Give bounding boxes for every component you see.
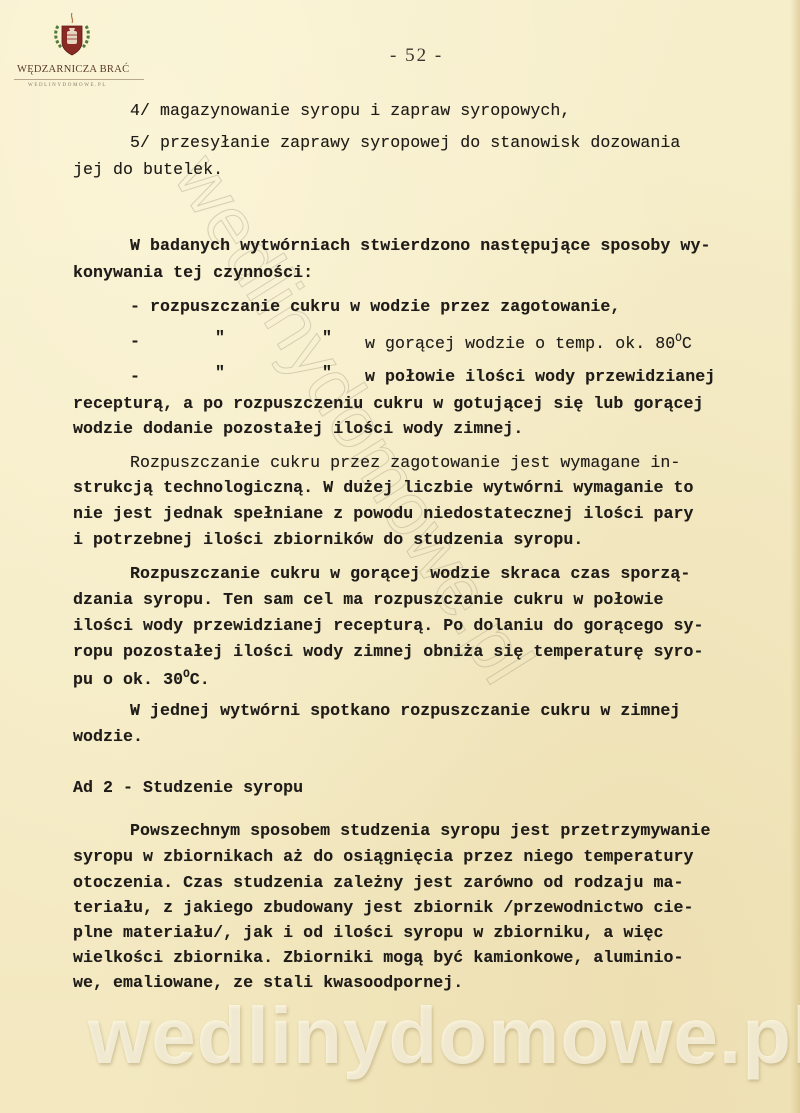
paragraph-hot-water-line-3: ilości wody przewidzianej recepturą. Po …	[73, 618, 704, 635]
paragraph-cooling-line-7: we, emaliowane, ze stali kwasoodpornej.	[73, 975, 463, 992]
paragraph-cooling-line-6: wielkości zbiornika. Zbiorniki mogą być …	[73, 950, 683, 967]
paragraph-cold-water-line-1: W jednej wytwórni spotkano rozpuszczanie…	[130, 703, 680, 720]
list-item-4: 4/ magazynowanie syropu i zapraw syropow…	[130, 103, 570, 120]
method-item-2-dash: -	[130, 334, 140, 351]
method-item-3-ditto-1: "	[215, 365, 225, 382]
paragraph-hot-water-line-5: pu o ok. 30OC.	[73, 670, 210, 689]
degree-sign: O	[675, 333, 682, 345]
paragraph-hot-water-line-2: dzania syropu. Ten sam cel ma rozpuszcza…	[73, 592, 663, 609]
method-item-3-continuation-1: recepturą, a po rozpuszczeniu cukru w go…	[73, 396, 704, 413]
paragraph-hot-water-line-1: Rozpuszczanie cukru w gorącej wodzie skr…	[130, 566, 690, 583]
celsius-unit: C.	[190, 670, 210, 689]
paragraph-cooling-line-5: plne materiału/, jak i od ilości syropu …	[73, 925, 663, 942]
method-item-1: - rozpuszczanie cukru w wodzie przez zag…	[130, 299, 620, 316]
page-number: - 52 -	[390, 45, 443, 67]
paragraph-boiling-line-2: strukcją technologiczną. W dużej liczbie…	[73, 480, 694, 497]
paragraph-cooling-line-1: Powszechnym sposobem studzenia syropu je…	[130, 823, 710, 840]
method-item-3-continuation-2: wodzie dodanie pozostałej ilości wody zi…	[73, 421, 523, 438]
paragraph-cooling-line-4: teriału, z jakiego zbudowany jest zbiorn…	[73, 900, 694, 917]
section-heading-cooling: Ad 2 - Studzenie syropu	[73, 780, 303, 797]
method-item-3-ditto-2: "	[322, 365, 332, 382]
paragraph-boiling-line-1: Rozpuszczanie cukru przez zagotowanie je…	[130, 455, 680, 472]
degree-sign: O	[183, 669, 190, 681]
logo-title: WĘDZARNICZA BRAĆ	[17, 64, 147, 75]
paragraph-cooling-line-2: syropu w zbiornikach aż do osiągnięcia p…	[73, 849, 694, 866]
smokehouse-crest-icon	[52, 12, 92, 58]
paragraph-boiling-line-3: nie jest jednak spełniane z powodu niedo…	[73, 506, 694, 523]
paper-edge-shadow	[790, 0, 800, 1113]
paragraph-cooling-line-3: otoczenia. Czas studzenia zależny jest z…	[73, 875, 683, 892]
paragraph-hot-water-line-5-main: pu o ok. 30	[73, 670, 183, 689]
method-item-2-ditto-1: "	[215, 330, 225, 347]
paragraph-cold-water-line-2: wodzie.	[73, 729, 143, 746]
paragraph-methods-line-2: konywania tej czynności:	[73, 265, 313, 282]
bottom-watermark: wedlinydomowe.pl	[88, 990, 800, 1082]
list-item-5-continuation: jej do butelek.	[73, 162, 223, 179]
site-logo[interactable]: WĘDZARNICZA BRAĆ WEDLINYDOMOWE.PL	[0, 0, 150, 95]
method-item-2-text: w gorącej wodzie o temp. ok. 80OC	[365, 334, 692, 353]
paragraph-boiling-line-4: i potrzebnej ilości zbiorników do studze…	[73, 532, 583, 549]
celsius-unit: C	[682, 334, 692, 353]
logo-divider	[14, 79, 144, 80]
method-item-2-main: w gorącej wodzie o temp. ok. 80	[365, 334, 675, 353]
list-item-5: 5/ przesyłanie zaprawy syropowej do stan…	[130, 135, 680, 152]
method-item-3-dash: -	[130, 369, 140, 386]
logo-subtitle: WEDLINYDOMOWE.PL	[28, 83, 107, 88]
method-item-3-text: w połowie ilości wody przewidzianej	[365, 369, 715, 386]
method-item-2-ditto-2: "	[322, 330, 332, 347]
paragraph-methods-line-1: W badanych wytwórniach stwierdzono nastę…	[130, 238, 710, 255]
paragraph-hot-water-line-4: ropu pozostałej ilości wody zimnej obniż…	[73, 644, 704, 661]
